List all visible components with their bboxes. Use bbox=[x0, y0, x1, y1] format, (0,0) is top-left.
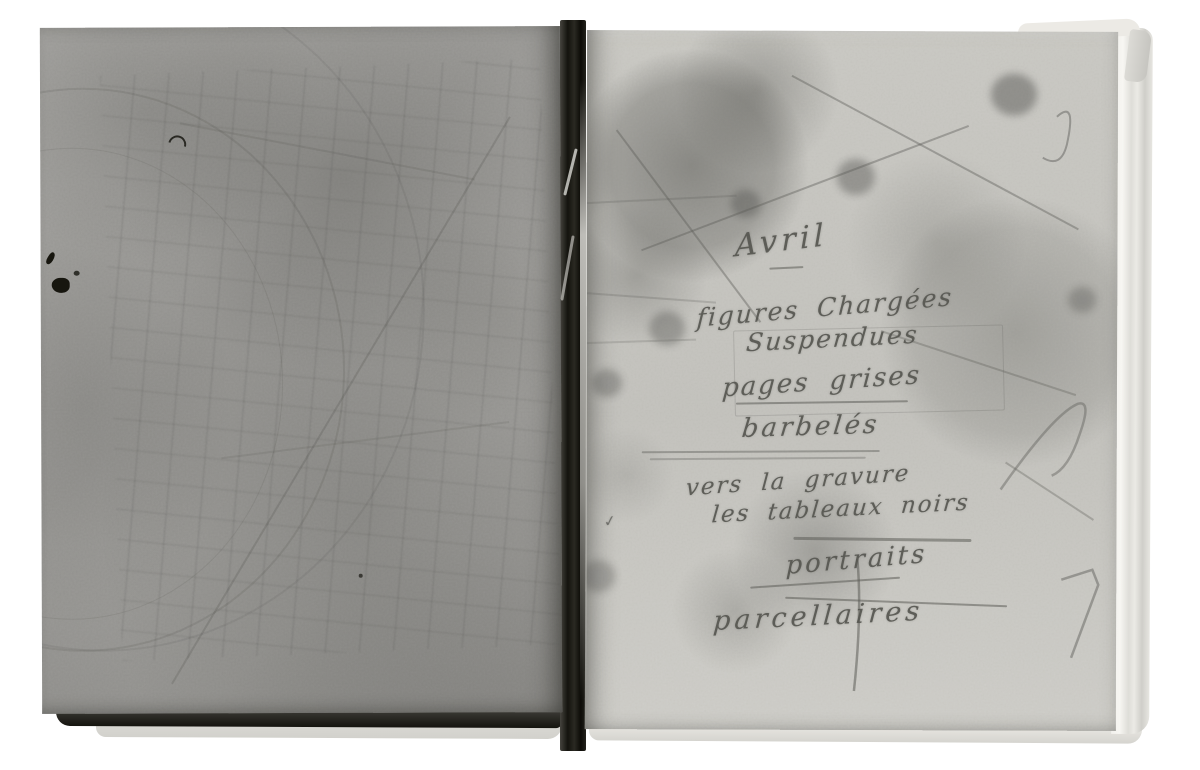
sketchbook-photograph: Avril figures Chargées Suspendues pages … bbox=[0, 0, 1200, 770]
spine-inner-page-edge bbox=[580, 80, 587, 700]
handwritten-line-barbeles: barbelés bbox=[740, 410, 881, 444]
pencil-checkmark: ✓ bbox=[602, 511, 617, 531]
right-page: Avril figures Chargées Suspendues pages … bbox=[585, 30, 1118, 731]
spine-scratch bbox=[563, 148, 578, 195]
spine-scratch bbox=[560, 235, 574, 301]
scribble-stroke bbox=[1061, 570, 1098, 658]
ink-spot bbox=[52, 278, 70, 293]
scribble-stroke bbox=[1043, 112, 1071, 162]
charcoal-arc bbox=[40, 26, 426, 653]
scribble-stroke bbox=[1001, 403, 1086, 490]
ink-spot bbox=[74, 271, 80, 276]
left-page bbox=[40, 26, 562, 714]
ink-spot bbox=[359, 574, 363, 578]
